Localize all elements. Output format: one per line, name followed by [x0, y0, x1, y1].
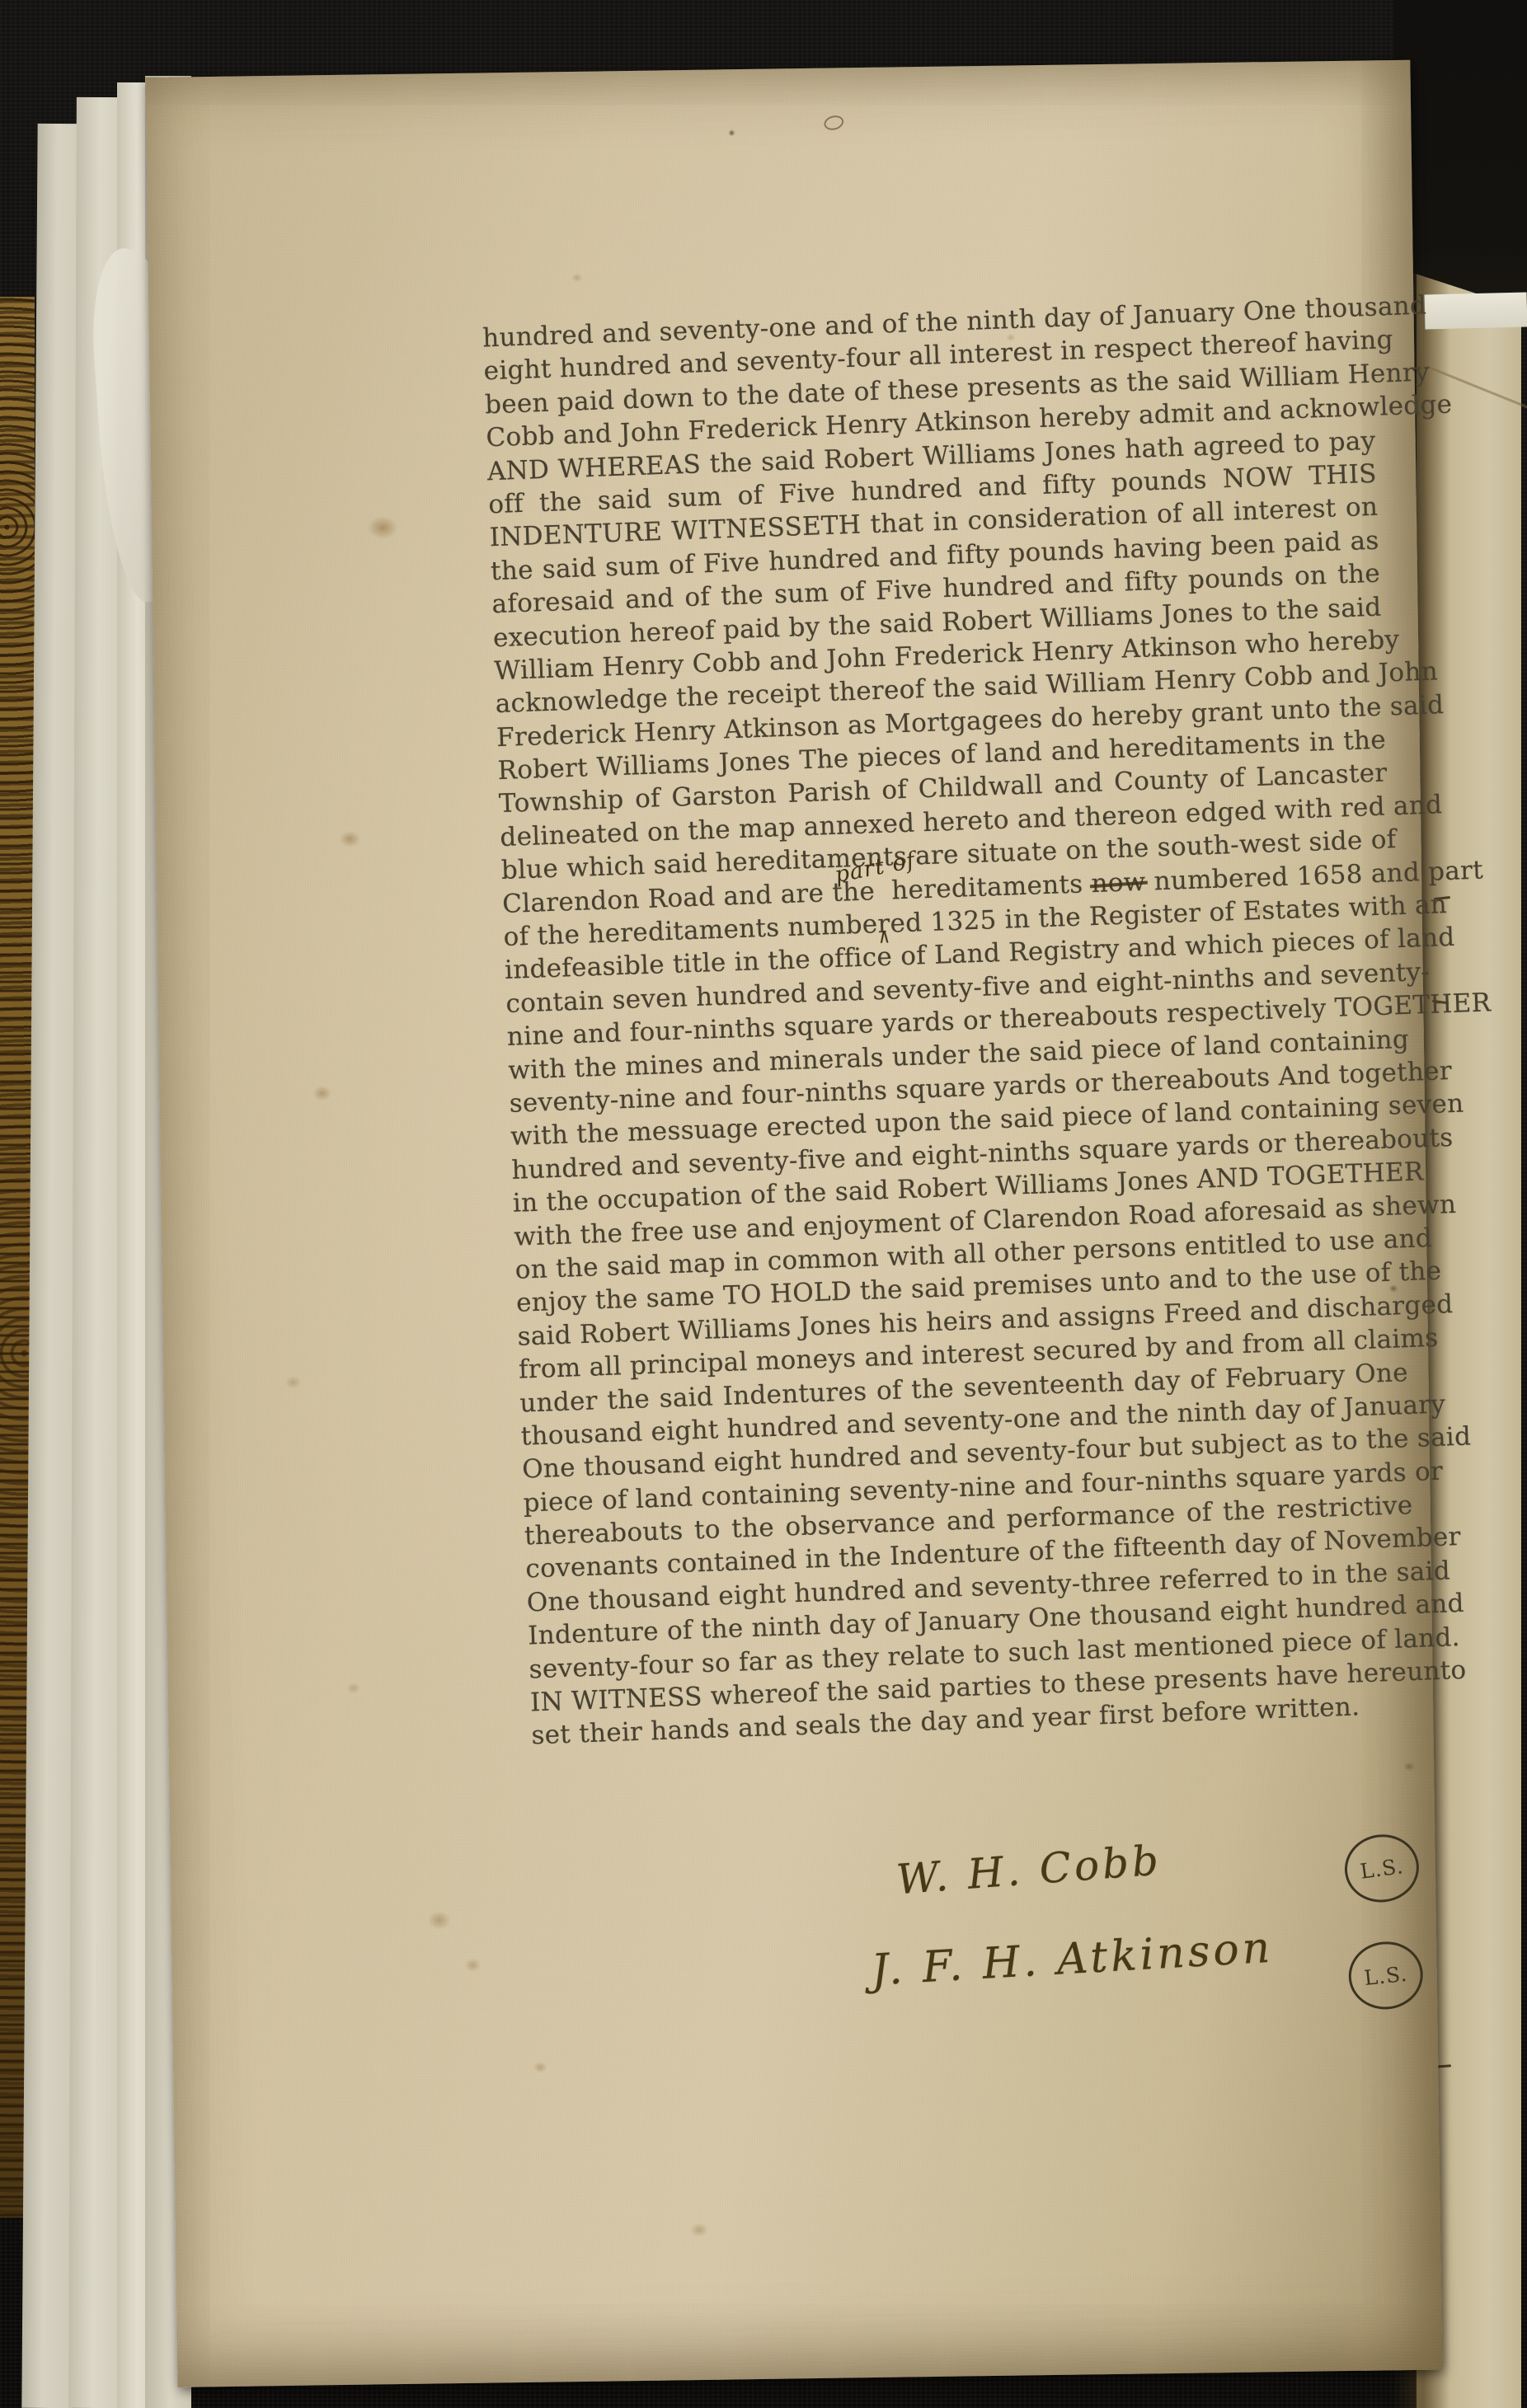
- seal-ls-2-label: L.S.: [1363, 1961, 1408, 1989]
- struck-word: now: [1091, 866, 1146, 898]
- document-text: hundred and seventy-one and of the ninth…: [482, 291, 1421, 1753]
- tissue-interleaf-edge: [1425, 292, 1527, 329]
- caret-mark: ∧: [877, 914, 891, 956]
- paragraph-lower: of the hereditaments numbered 1325 in th…: [503, 890, 1421, 1753]
- document-page: hundred and seventy-one and of the ninth…: [145, 60, 1442, 2387]
- background-corner: [1393, 0, 1527, 310]
- amended-line-middle: hereditaments: [891, 869, 1083, 905]
- seal-ls-1-label: L.S.: [1359, 1853, 1405, 1883]
- paragraph-upper: hundred and seventy-one and of the ninth…: [482, 291, 1390, 888]
- scanned-book-photograph: hundred and seventy-one and of the ninth…: [0, 0, 1527, 2408]
